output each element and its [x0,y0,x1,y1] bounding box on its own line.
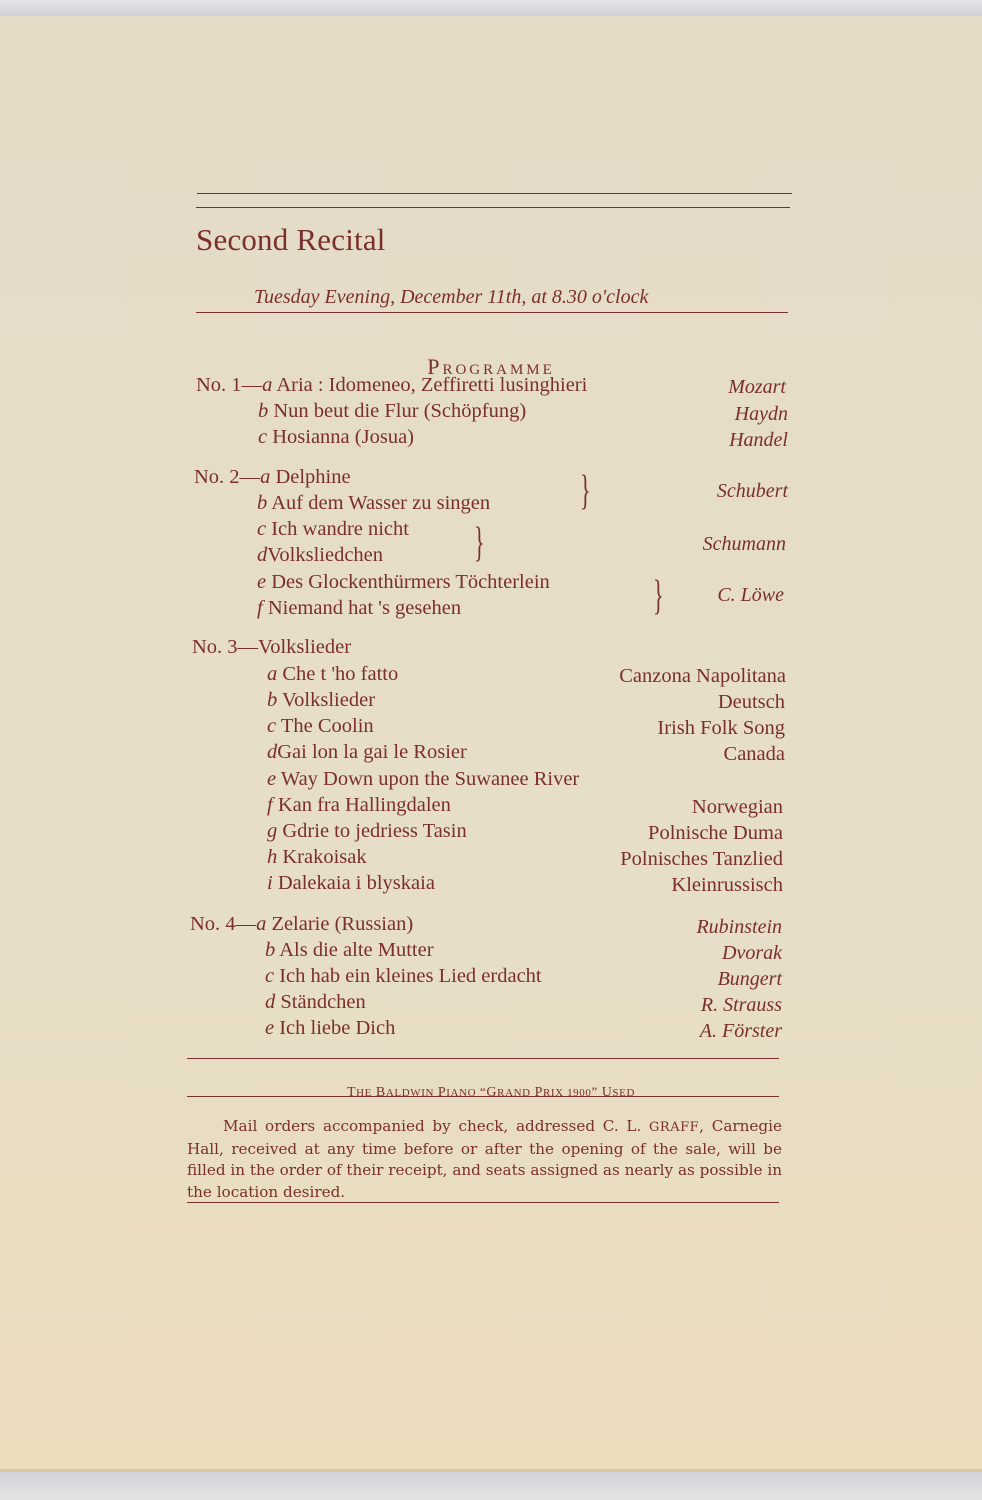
item-4e: e Ich liebe Dich [265,1017,395,1040]
title-rule [196,312,788,313]
origin-3h: Polnisches Tanzlied [620,848,783,871]
origin-3b: Deutsch [718,691,785,714]
scan-bottom-margin [0,1472,982,1500]
scan-top-margin [0,0,982,17]
item-3e: e Way Down upon the Suwanee River [267,768,579,791]
composer-1b: Haydn [735,403,788,426]
composer-4a: Rubinstein [696,916,782,939]
composer-4c: Bungert [718,968,782,991]
recital-title: Second Recital [196,222,386,258]
item-1c: c Hosianna (Josua) [258,426,414,449]
piano-rule-bottom [187,1096,779,1097]
item-2e: e Des Glockenthürmers Töchterlein [257,571,550,594]
item-4b: b Als die alte Mutter [265,939,434,962]
item-1a: No. 1—a Aria : Idomeneo, Zeffiretti lusi… [196,374,587,397]
mail-order-paragraph: Mail orders accompanied by check, addres… [187,1116,782,1203]
composer-4b: Dvorak [722,942,782,965]
recital-date: Tuesday Evening, December 11th, at 8.30 … [254,286,648,309]
item-3a: a Che t 'ho fatto [267,663,398,686]
piano-rule-top [187,1058,779,1059]
item-4a: No. 4—a Zelarie (Russian) [190,913,413,936]
item-1b: b Nun beut die Flur (Schöpfung) [258,400,526,423]
origin-3i: Kleinrussisch [671,874,783,897]
item-3f: f Kan fra Hallingdalen [267,794,451,817]
brace-2ab: } [580,470,591,512]
composer-2ab: Schubert [717,480,788,503]
origin-3c: Irish Folk Song [657,717,785,740]
composer-4d: R. Strauss [701,994,782,1017]
top-rule-1 [197,193,792,194]
origin-3d: Canada [724,743,785,766]
item-3c: c The Coolin [267,715,374,738]
origin-3g: Polnische Duma [648,822,783,845]
top-rule-2 [196,207,790,208]
item-3-heading: No. 3—Volkslieder [192,636,351,659]
composer-4e: A. Förster [700,1020,782,1043]
footer-rule [187,1202,779,1203]
item-3h: h Krakoisak [267,846,367,869]
item-2b: b Auf dem Wasser zu singen [257,492,490,515]
composer-1c: Handel [729,429,788,452]
origin-3f: Norwegian [692,796,783,819]
item-3d: dGai lon la gai le Rosier [267,741,467,764]
item-2c: c Ich wandre nicht [257,518,409,541]
item-2f: f Niemand hat 's gesehen [257,597,461,620]
item-2d: dVolksliedchen [257,544,383,567]
item-2a: No. 2—a Delphine [194,466,351,489]
brace-2cd: } [474,522,485,564]
brace-2ef: } [653,575,664,617]
piano-note: THE BALDWIN PIANO “GRAND PRIX 1900” USED [0,1084,982,1101]
item-3i: i Dalekaia i blyskaia [267,872,435,895]
composer-2cd: Schumann [703,533,786,556]
origin-3a: Canzona Napolitana [619,665,786,688]
composer-2ef: C. Löwe [717,584,784,607]
composer-1a: Mozart [728,376,786,399]
item-4c: c Ich hab ein kleines Lied erdacht [265,965,542,988]
item-3b: b Volkslieder [267,689,375,712]
item-3g: g Gdrie to jedriess Tasin [267,820,467,843]
programme-page: Second Recital Tuesday Evening, December… [0,16,982,1472]
item-4d: d Ständchen [265,991,366,1014]
